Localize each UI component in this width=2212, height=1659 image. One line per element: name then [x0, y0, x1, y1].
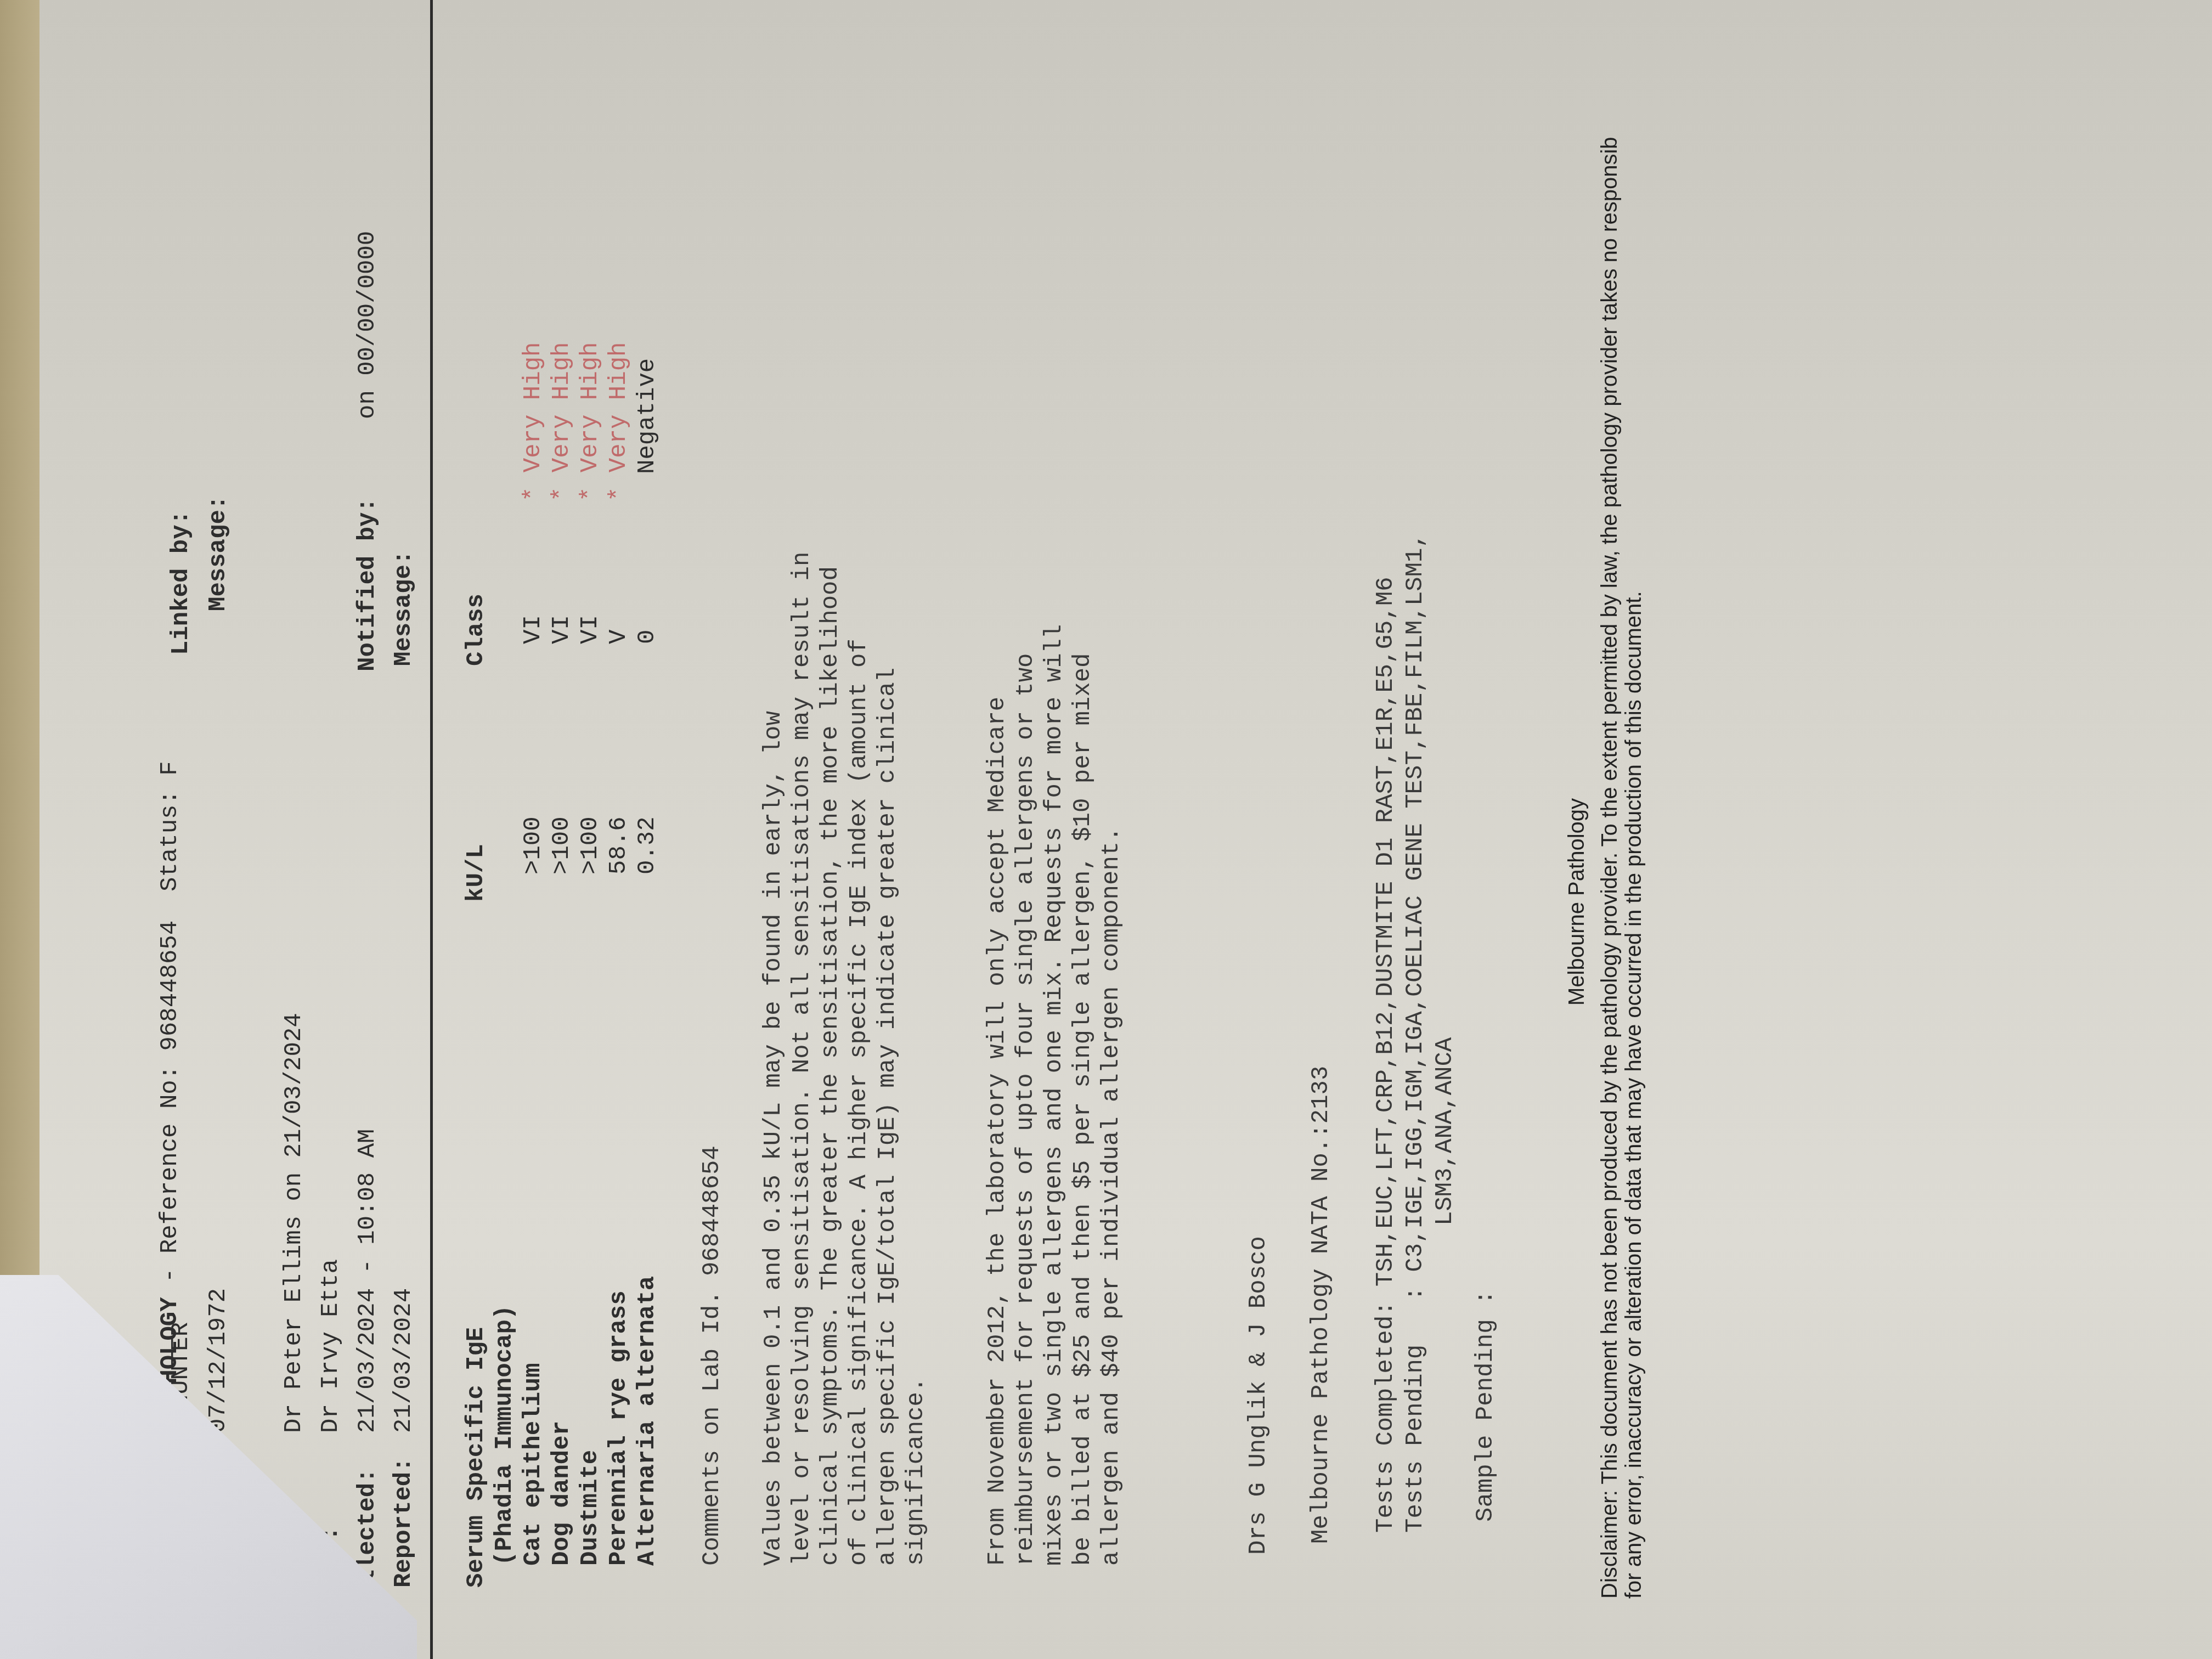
status-value: F: [156, 761, 184, 775]
tests-completed-list: TSH,EUC,LFT,CRP,B12,DUSTMITE D1 RAST,E1R…: [1372, 577, 1400, 1286]
tests-pending-label: Tests Pending :: [1402, 1286, 1429, 1533]
signing-doctors: Drs G Unglik & J Bosco: [1244, 1236, 1273, 1555]
tests-completed: Tests Completed: TSH,EUC,LFT,CRP,B12,DUS…: [1372, 577, 1400, 1533]
patient-dob: 07/12/1972: [204, 1288, 233, 1433]
reference-label: Reference No:: [156, 1065, 184, 1254]
allergen-name: Perennial rye grass: [605, 1290, 633, 1566]
unit-header: kU/L: [462, 844, 490, 902]
allergen-name: Alternaria alternata: [633, 1276, 662, 1566]
result-value: 0.32: [633, 816, 662, 874]
reported-label: Reported:: [390, 1457, 418, 1588]
tests-pending-continued: LSM3,ANA,ANCA: [1431, 1037, 1459, 1226]
result-class: VI: [548, 615, 576, 644]
tests-pending-list: C3,IGE,IGG,IGM,IGA,COELIAC GENE TEST,FBE…: [1402, 533, 1429, 1272]
result-flag: * Very High: [576, 342, 605, 501]
result-class: VI: [519, 615, 548, 644]
comments-paragraph-sensitisation: Values between 0.1 and 0.35 kU/L may be …: [759, 552, 930, 1566]
results-heading-line1: Serum Specific IgE: [462, 1327, 490, 1588]
result-value: >100: [519, 816, 548, 874]
reference-number: 968448654: [156, 921, 184, 1051]
notified-by-label: Notified by:: [353, 498, 382, 672]
result-value: >100: [576, 816, 605, 874]
requested-by-value: Dr Peter Ellims on 21/03/2024: [280, 1013, 308, 1433]
result-flag: * Very High: [605, 342, 633, 501]
results-heading-line2: (Phadia Immunocap): [490, 1305, 519, 1566]
result-class: V: [605, 630, 633, 644]
tests-pending: Tests Pending : C3,IGE,IGG,IGM,IGA,COELI…: [1401, 533, 1430, 1533]
lab-nata-number: Melbourne Pathology NATA No.:2133: [1307, 1066, 1335, 1544]
result-class: 0: [633, 630, 662, 644]
status-label: Status:: [156, 790, 184, 891]
result-value: 58.6: [605, 816, 633, 874]
header-divider: [430, 0, 433, 1659]
footer-disclaimer-line1: Disclaimer: This document has not been p…: [1598, 137, 1622, 1599]
notified-on-value: on 00/00/0000: [353, 231, 382, 419]
result-class: VI: [576, 615, 605, 644]
class-header: Class: [462, 594, 490, 666]
patient-message-label: Message:: [204, 495, 233, 611]
copy-to-value: Dr Irvy Etta: [317, 1259, 345, 1433]
collected-value: 21/03/2024 - 10:08 AM: [353, 1129, 382, 1434]
pathology-report-page: ATHOLOGY - Reference No: 968448654 Statu…: [39, 0, 2212, 1659]
footer-provider: Melbourne Pathology: [1565, 765, 1589, 1039]
result-flag: Negative: [633, 358, 662, 474]
allergen-name: Cat epithelium: [519, 1363, 548, 1566]
tests-completed-label: Tests Completed:: [1372, 1301, 1400, 1533]
allergen-name: Dustmite: [576, 1450, 605, 1566]
result-flag: * Very High: [548, 342, 576, 501]
comments-paragraph-medicare: From November 2012, the laboratory will …: [983, 624, 1126, 1566]
request-message-label: Message:: [390, 550, 418, 666]
comments-title: Comments on Lab Id. 968448654: [698, 1145, 726, 1566]
reported-value: 21/03/2024: [390, 1288, 418, 1433]
allergen-name: Dog dander: [548, 1421, 576, 1566]
sample-pending-label: Sample Pending :: [1471, 1290, 1500, 1522]
result-value: >100: [548, 816, 576, 874]
footer-disclaimer-line2: for any error, inaccuracy or alteration …: [1622, 591, 1646, 1599]
result-flag: * Very High: [519, 342, 548, 501]
linked-by-label: Linked by:: [167, 510, 195, 655]
